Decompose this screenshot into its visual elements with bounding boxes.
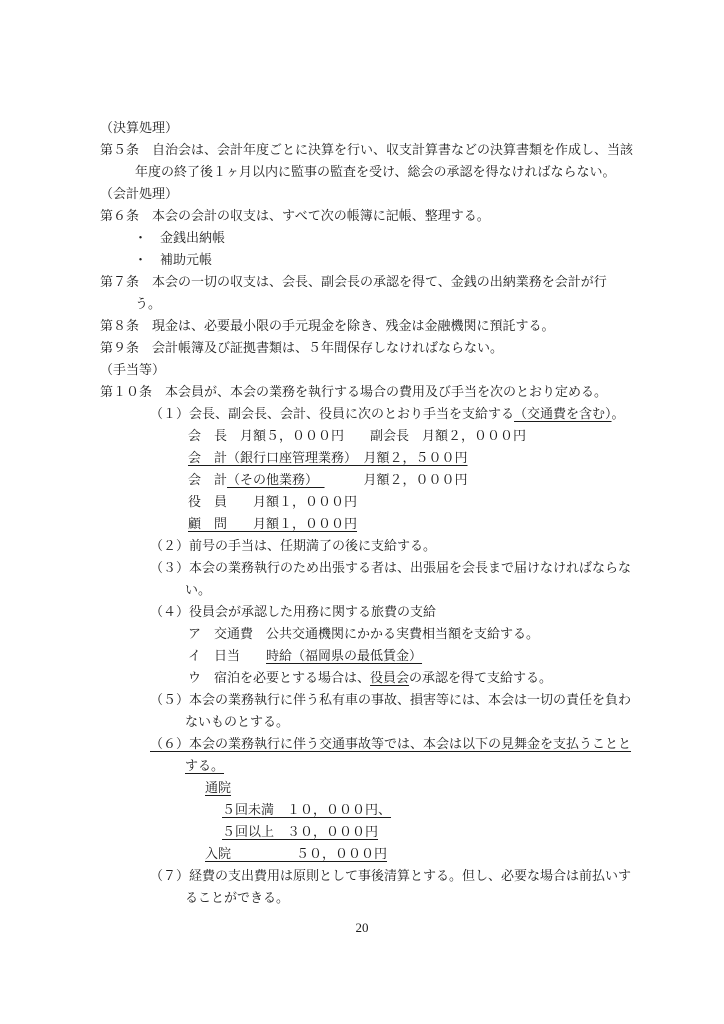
document-line: 会 計（銀行口座管理業務） 月額２，５００円 [0,447,724,469]
document-line: （手当等） [0,359,724,381]
text-run: （決算処理） [100,120,178,135]
text-run: ・ 金銭出納帳 [134,230,225,245]
text-run: ウ 宿泊を必要とする場合は、 [188,670,370,685]
document-line: う。 [0,293,724,315]
document-line: 通院 [0,777,724,799]
document-line: ５回未満 １０，０００円、 [0,799,724,821]
document-line: 会 計（その他業務） 月額２，０００円 [0,469,724,491]
text-run: （会計処理） [100,186,178,201]
text-run: （手当等） [100,362,165,377]
text-run: 年度の終了後１ヶ月以内に監事の監査を受け、総会の承認を得なければならない。 [135,164,615,179]
text-run: 第５条 自治会は、会計年度ごとに決算を行い、収支計算書などの決算書類を作成し、当… [100,142,633,157]
text-run: の承認を得て支給する。 [409,670,552,685]
document-line: （３）本会の業務執行のため出張する者は、出張届を会長まで届けなければならな [0,557,724,579]
document-line: （１）会長、副会長、会計、役員に次のとおり手当を支給する（交通費を含む）。 [0,403,724,425]
text-run: 第６条 本会の会計の収支は、すべて次の帳簿に記帳、整理する。 [100,208,490,223]
text-run: う。 [135,296,161,311]
text-run: ・ 補助元帳 [134,252,212,267]
text-run: （７）経費の支出費用は原則として事後清算とする。但し、必要な場合は前払いす [150,868,631,883]
document-line: イ 日当 時給（福岡県の最低賃金） [0,645,724,667]
text-run: （４）役員会が承認した用務に関する旅費の支給 [150,604,436,619]
page-number: 20 [0,919,724,937]
document-line: ・ 補助元帳 [0,249,724,271]
text-run: ることができる。 [185,890,289,905]
underlined-text: 役員会 [370,670,409,685]
underlined-text: （６）本会の業務執行に伴う交通事故等では、本会は以下の見舞金を支払うことと [150,736,631,751]
document-line: （会計処理） [0,183,724,205]
document-line: （５）本会の業務執行に伴う私有車の事故、損害等には、本会は一切の責任を負わ [0,689,724,711]
underlined-text: 時給（福岡県の最低賃金） [266,648,422,663]
document-line: ることができる。 [0,887,724,909]
document-line: 第８条 現金は、必要最小限の手元現金を除き、残金は金融機関に預託する。 [0,315,724,337]
document-line: 入院 ５０，０００円 [0,843,724,865]
document-line: する。 [0,755,724,777]
underlined-text: （交通費を含む） [514,406,612,421]
text-run: （３）本会の業務執行のため出張する者は、出張届を会長まで届けなければならな [150,560,631,575]
text-run: 第１０条 本会員が、本会の業務を執行する場合の費用及び手当を次のとおり定める。 [100,384,607,399]
document-line: 第９条 会計帳簿及び証拠書類は、５年間保存しなければならない。 [0,337,724,359]
text-run: い。 [185,582,211,597]
document-line: （２）前号の手当は、任期満了の後に支給する。 [0,535,724,557]
underlined-text: ５回以上 ３０，０００円 [222,824,378,839]
text-run: 第８条 現金は、必要最小限の手元現金を除き、残金は金融機関に預託する。 [100,318,554,333]
text-run: ないものとする。 [185,714,289,729]
document-line: （７）経費の支出費用は原則として事後清算とする。但し、必要な場合は前払いす [0,865,724,887]
document-line: ウ 宿泊を必要とする場合は、役員会の承認を得て支給する。 [0,667,724,689]
document-body: （決算処理）第５条 自治会は、会計年度ごとに決算を行い、収支計算書などの決算書類… [0,117,724,909]
text-run: 月額２，０００円 [325,472,468,487]
document-line: 第１０条 本会員が、本会の業務を執行する場合の費用及び手当を次のとおり定める。 [0,381,724,403]
document-line: 第７条 本会の一切の収支は、会長、副会長の承認を得て、金銭の出納業務を会計が行 [0,271,724,293]
document-line: い。 [0,579,724,601]
text-run: 第９条 会計帳簿及び証拠書類は、５年間保存しなければならない。 [100,340,503,355]
text-run: （２）前号の手当は、任期満了の後に支給する。 [150,538,436,553]
document-line: ア 交通費 公共交通機関にかかる実費相当額を支給する。 [0,623,724,645]
underlined-text: （その他業務） [227,472,325,487]
document-line: （６）本会の業務執行に伴う交通事故等では、本会は以下の見舞金を支払うことと [0,733,724,755]
underlined-text: 通院 [205,780,231,795]
text-run: 第７条 本会の一切の収支は、会長、副会長の承認を得て、金銭の出納業務を会計が行 [100,274,607,289]
underlined-text: ５回未満 １０，０００円、 [222,802,391,817]
document-line: 年度の終了後１ヶ月以内に監事の監査を受け、総会の承認を得なければならない。 [0,161,724,183]
document-line: （決算処理） [0,117,724,139]
underlined-text: する。 [185,758,224,773]
document-line: ・ 金銭出納帳 [0,227,724,249]
text-run: イ 日当 [188,648,266,663]
text-run: 会 長 月額５，０００円 副会長 月額２，０００円 [188,428,526,443]
document-line: 第５条 自治会は、会計年度ごとに決算を行い、収支計算書などの決算書類を作成し、当… [0,139,724,161]
underlined-text: 会 計（銀行口座管理業務） 月額２，５００円 [188,450,468,465]
document-line: 第６条 本会の会計の収支は、すべて次の帳簿に記帳、整理する。 [0,205,724,227]
text-run: 役 員 月額１，０００円 [188,494,357,509]
document-line: ないものとする。 [0,711,724,733]
underlined-text: 入院 ５０，０００円 [205,846,387,861]
text-run: （５）本会の業務執行に伴う私有車の事故、損害等には、本会は一切の責任を負わ [150,692,631,707]
text-run: 会 計 [188,472,227,487]
document-line: ５回以上 ３０，０００円 [0,821,724,843]
document-line: 顧 問 月額１，０００円 [0,513,724,535]
underlined-text: 顧 問 月額１，０００円 [188,516,357,531]
text-run: 。 [612,406,625,421]
document-line: 役 員 月額１，０００円 [0,491,724,513]
document-line: 会 長 月額５，０００円 副会長 月額２，０００円 [0,425,724,447]
text-run: （１）会長、副会長、会計、役員に次のとおり手当を支給する [150,406,514,421]
document-line: （４）役員会が承認した用務に関する旅費の支給 [0,601,724,623]
text-run: ア 交通費 公共交通機関にかかる実費相当額を支給する。 [188,626,539,641]
